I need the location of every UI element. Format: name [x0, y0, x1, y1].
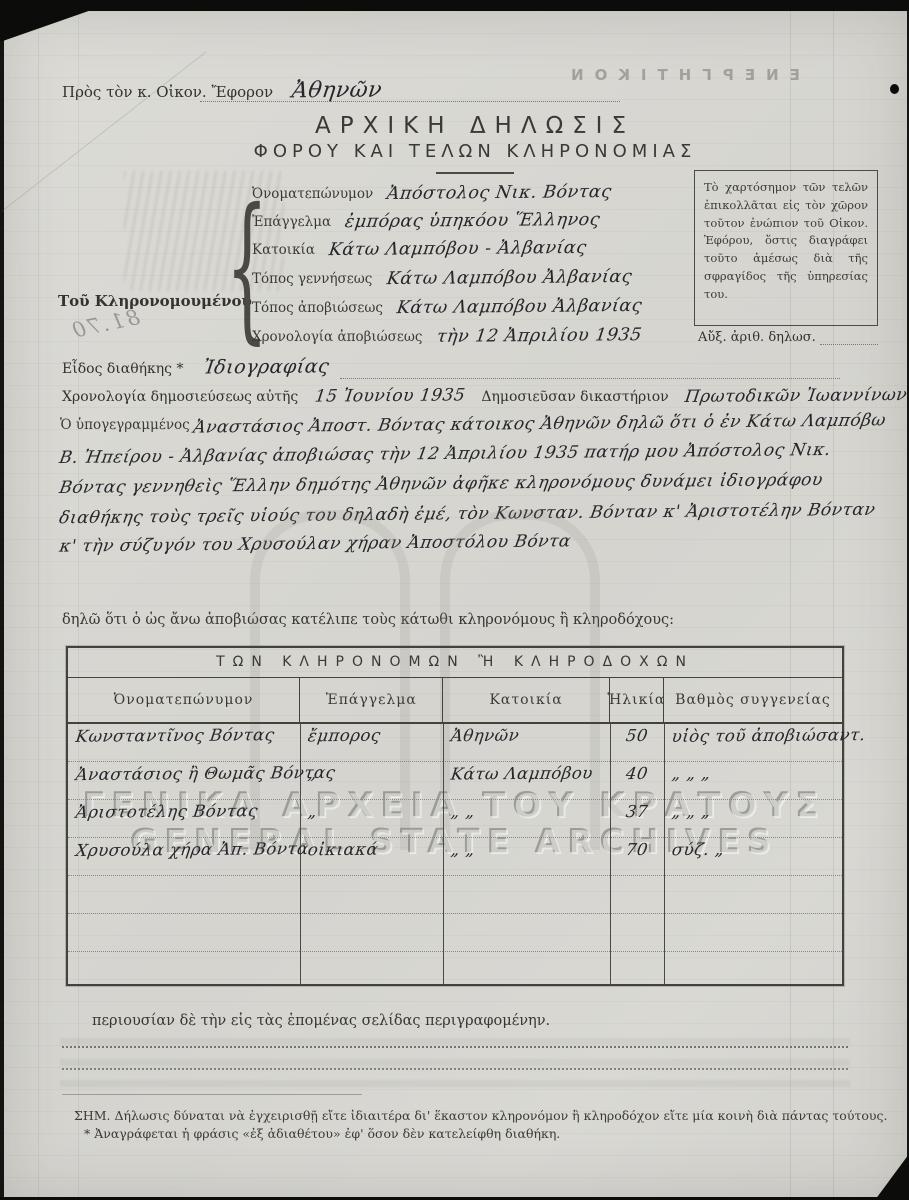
field-handwritten-value: ἐμπόρας ὑπηκόου Ἕλληνος: [344, 210, 602, 232]
bleed-column-line: [78, 11, 79, 1198]
publication-label: Χρονολογία δημοσιεύσεως αὐτῆς: [62, 389, 298, 405]
field-label: Κατοικία: [252, 242, 315, 258]
bleed-dotted-line: [62, 1046, 848, 1048]
scan-edge-top: [0, 0, 909, 11]
column-header: Ὀνοματεπώνυμον: [68, 678, 300, 722]
field-label: Τόπος ἀποβιώσεως: [252, 300, 383, 316]
heirs-table-header-row: Ὀνοματεπώνυμον Ἐπάγγελμα Κατοικία Ἡλικία…: [68, 678, 842, 724]
court-handwritten-value: Πρωτοδικῶν Ἰωαννίνων: [684, 385, 909, 407]
heir-age: 40: [625, 764, 650, 783]
addressee-label: Πρὸς τὸν κ. Οἰκον. Ἔφορον: [62, 83, 273, 101]
field-handwritten-value: Κάτω Λαμπόβου - Ἀλβανίας: [328, 238, 588, 260]
addressee-line: Πρὸς τὸν κ. Οἰκον. Ἔφορον Ἀθηνῶν: [62, 78, 382, 103]
field-deathplace: Τόπος ἀποβιώσεως Κάτω Λαμπόβου Ἀλβανίας: [252, 297, 690, 324]
heir-residence: „ „: [450, 802, 476, 821]
addressee-handwritten-value: Ἀθηνῶν: [290, 78, 383, 104]
heirs-intro-line: δηλῶ ὅτι ὁ ὡς ἄνω ἀποβιώσας κατέλιπε τοὺ…: [62, 612, 674, 628]
table-row: Χρυσούλα χήρα Ἀπ. Βόντα οἰκιακά „ „ 70 σ…: [68, 838, 842, 876]
heir-name: Ἀριστοτέλης Βόντας: [75, 801, 260, 822]
declaration-intro-label: Ὁ ὑπογεγραμμένος: [60, 417, 190, 433]
footnote-asterisk: * Ἀναγράφεται ἡ φράσις «ἐξ ἀδιαθέτου» ἐφ…: [84, 1126, 560, 1141]
column-separator: [443, 724, 444, 985]
declaration-paragraph: Ὁ ὑπογεγραμμένος Ἀναστάσιος Ἀποστ. Βόντα…: [60, 410, 850, 560]
punch-hole-dot: [890, 84, 899, 94]
heir-residence: Ἀθηνῶν: [450, 726, 521, 746]
scanned-document: ΕΝΕΡΓΗΤΙΚΟΝ Πρὸς τὸν κ. Οἰκον. Ἔφορον Ἀθ…: [0, 0, 909, 1200]
column-separator: [664, 724, 665, 985]
bleed-column-line: [38, 11, 39, 1198]
heirs-table-title: ΤΩΝ ΚΛΗΡΟΝΟΜΩΝ Ἢ ΚΛΗΡΟΔΟΧΩΝ: [68, 648, 842, 678]
heir-kinship: υἱὸς τοῦ ἀποβιώσαντ.: [671, 725, 867, 746]
table-row: Κωνσταντῖνος Βόντας ἔμπορος Ἀθηνῶν 50 υἱ…: [68, 724, 842, 762]
will-type-label: Εἶδος διαθήκης *: [62, 361, 183, 377]
heir-kinship: „ „ „: [671, 802, 712, 821]
field-profession: Ἐπάγγελμα ἐμπόρας ὑπηκόου Ἕλληνος: [252, 211, 690, 238]
field-deathdate: Χρονολογία ἀποβιώσεως τὴν 12 Ἀπριλίου 19…: [252, 326, 690, 353]
dotted-fill-line: [252, 320, 690, 321]
column-header: Ἐπάγγελμα: [300, 678, 443, 722]
dotted-fill-line: [820, 344, 878, 345]
deceased-section-label: Τοῦ Κληρονομουμένου: [58, 292, 252, 310]
dotted-fill-line: [340, 378, 840, 379]
stamp-instruction-box: Τὸ χαρτόσημον τῶν τελῶν ἐπικολλᾶται εἰς …: [694, 170, 878, 326]
field-label: Χρονολογία ἀποβιώσεως: [252, 329, 422, 345]
heir-age: 37: [625, 802, 650, 821]
will-publication-line: Χρονολογία δημοσιεύσεως αὐτῆς 15 Ἰουνίου…: [62, 386, 909, 406]
publication-handwritten-value: 15 Ἰουνίου 1935: [313, 385, 466, 406]
court-label: Δημοσιεῦσαν δικαστήριον: [481, 389, 668, 405]
dotted-fill-line: [252, 234, 690, 235]
heirs-table-body: Κωνσταντῖνος Βόντας ἔμπορος Ἀθηνῶν 50 υἱ…: [68, 724, 842, 985]
field-handwritten-value: Κάτω Λαμπόβου Ἀλβανίας: [385, 267, 633, 289]
table-row: Ἀναστάσιος ἢ Θωμᾶς Βόντας „ Κάτω Λαμπόβο…: [68, 762, 842, 800]
will-type-line: Εἶδος διαθήκης * Ἰδιογραφίας: [62, 356, 329, 378]
declaration-handwritten-line: κ' τὴν σύζυγόν του Χρυσούλαν χήραν Ἀποστ…: [57, 527, 573, 561]
dotted-fill-line: [252, 262, 690, 263]
heir-name: Χρυσούλα χήρα Ἀπ. Βόντα: [75, 839, 310, 860]
heir-name: Κωνσταντῖνος Βόντας: [75, 725, 276, 746]
heirs-table: ΤΩΝ ΚΛΗΡΟΝΟΜΩΝ Ἢ ΚΛΗΡΟΔΟΧΩΝ Ὀνοματεπώνυμ…: [66, 646, 844, 986]
will-type-handwritten-value: Ἰδιογραφίας: [202, 355, 330, 378]
heir-age: 70: [625, 840, 650, 859]
mirrored-verso-heading: ΕΝΕΡΓΗΤΙΚΟΝ: [560, 66, 800, 84]
table-row-empty: [68, 876, 842, 914]
dotted-fill-line: [252, 291, 690, 292]
column-header: Κατοικία: [443, 678, 609, 722]
field-handwritten-value: Κάτω Λαμπόβου Ἀλβανίας: [396, 296, 644, 318]
field-handwritten-value: τὴν 12 Ἀπριλίου 1935: [435, 325, 643, 347]
form-title-line2: ΦΟΡΟΥ ΚΑΙ ΤΕΛΩΝ ΚΛΗΡΟΝΟΜΙΑΣ: [0, 141, 909, 162]
closing-note: περιουσίαν δὲ τὴν εἰς τὰς ἑπομένας σελίδ…: [92, 1013, 550, 1029]
dotted-fill-line: [200, 101, 620, 102]
column-header: Βαθμὸς συγγενείας: [664, 678, 842, 722]
heir-residence: „ „: [450, 840, 476, 859]
footnote-sim: ΣΗΜ. Δήλωσις δύναται νὰ ἐγχειρισθῇ εἴτε …: [74, 1108, 887, 1123]
field-label: Ὀνοματεπώνυμον: [252, 186, 373, 202]
field-name: Ὀνοματεπώνυμον Ἀπόστολος Νικ. Βόντας: [252, 183, 690, 210]
heir-residence: Κάτω Λαμπόβου: [450, 763, 595, 783]
heir-profession: „: [307, 802, 319, 821]
table-row: Ἀριστοτέλης Βόντας „ „ „ 37 „ „ „: [68, 800, 842, 838]
bleed-rule-line: [62, 1094, 362, 1095]
field-birthplace: Τόπος γεννήσεως Κάτω Λαμπόβου Ἀλβανίας: [252, 268, 690, 295]
serial-number-label: Αὔξ. ἀριθ. δηλωσ.: [698, 330, 816, 345]
heir-profession: ἔμπορος: [307, 726, 382, 746]
field-label: Τόπος γεννήσεως: [252, 271, 372, 287]
heir-name: Ἀναστάσιος ἢ Θωμᾶς Βόντας: [75, 763, 337, 784]
column-header: Ἡλικία: [610, 678, 664, 722]
field-label: Ἐπάγγελμα: [252, 214, 331, 230]
bleed-dotted-line: [62, 1068, 848, 1070]
title-rule: [436, 172, 514, 174]
heir-age: 50: [625, 726, 650, 745]
heir-kinship: σύζ. „: [671, 840, 726, 859]
table-row-empty: [68, 914, 842, 952]
field-residence: Κατοικία Κάτω Λαμπόβου - Ἀλβανίας: [252, 239, 690, 266]
dotted-fill-line: [252, 206, 690, 207]
column-separator: [610, 724, 611, 985]
dotted-fill-line: [252, 349, 690, 350]
heir-profession: οἰκιακά: [307, 840, 380, 860]
table-row-empty: [68, 952, 842, 990]
field-handwritten-value: Ἀπόστολος Νικ. Βόντας: [386, 182, 613, 204]
form-title-line1: ΑΡΧΙΚΗ ΔΗΛΩΣΙΣ: [0, 113, 909, 139]
heir-kinship: „ „ „: [671, 764, 712, 783]
